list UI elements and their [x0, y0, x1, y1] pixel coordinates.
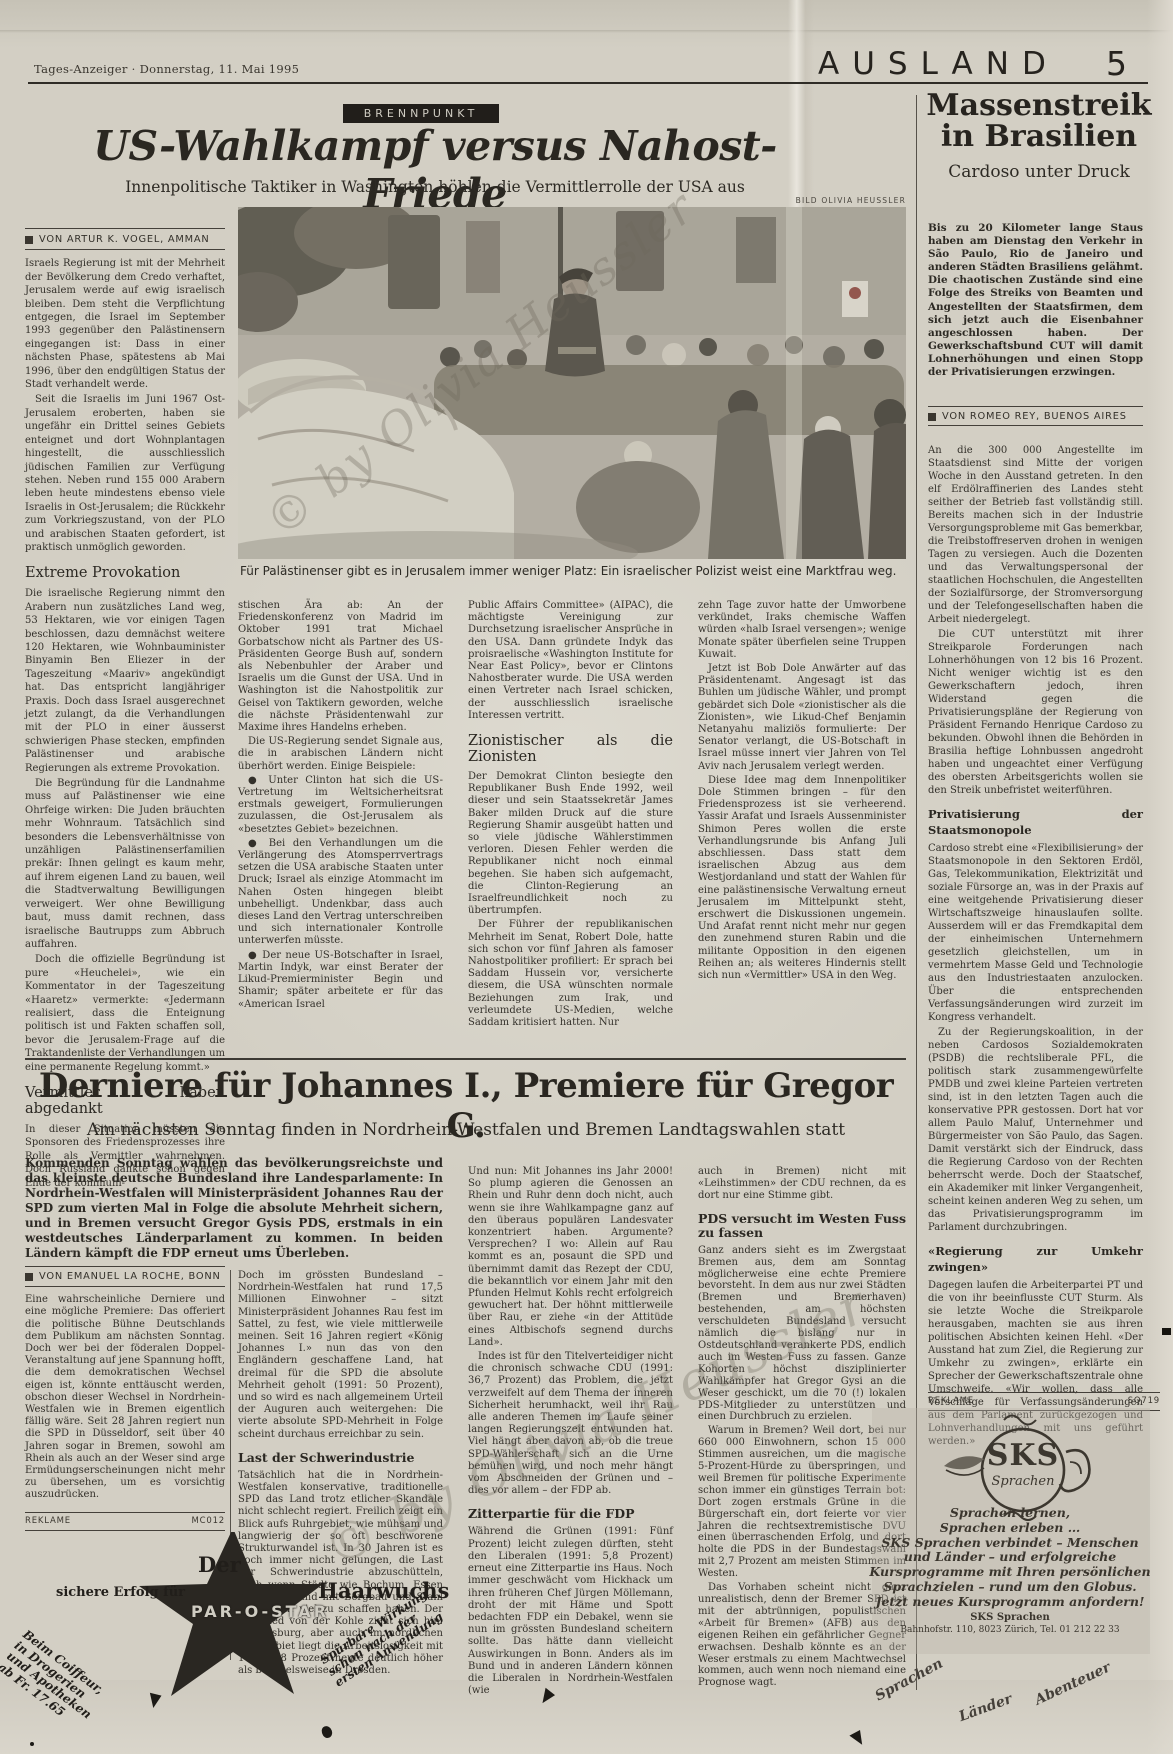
- print-mark: [30, 1742, 34, 1746]
- byline-text: VON EMANUEL LA ROCHE, BONN: [39, 1271, 221, 1283]
- paragraph: Während die Grünen (1991: Fünf Prozent) …: [468, 1526, 673, 1697]
- paragraph: Die Begründung für die Landnahme muss au…: [25, 777, 225, 951]
- lead-article-column-2: stischen Ära ab: An der Friedenskonferen…: [238, 600, 443, 1013]
- brazil-headline-line2: in Brasilien: [941, 119, 1137, 154]
- paragraph: Kursprogramme mit Ihren persönlichen: [860, 1565, 1160, 1580]
- paragraph: Public Affairs Committee» (AIPAC), die m…: [468, 600, 673, 722]
- ad-code: MC012: [192, 1516, 226, 1526]
- section-heading: Privatisierung der Staatsmonopole: [928, 806, 1143, 838]
- column-text: Public Affairs Committee» (AIPAC), die m…: [468, 600, 673, 1029]
- ad-code: SQ719: [1128, 1396, 1160, 1406]
- derniere-intro: Kommenden Sonntag wählen das bevölkerung…: [25, 1156, 443, 1261]
- brazil-article-body: An die 300 000 Angestellte im Staatsdien…: [928, 444, 1143, 1450]
- paragraph: Doch im grössten Bundesland – Nordrhein-…: [238, 1270, 443, 1441]
- paragraph: Die CUT unterstützt mit ihrer Streikparo…: [928, 628, 1143, 797]
- byline-square-icon: [25, 236, 33, 244]
- ad-word-der: Der: [198, 1552, 241, 1577]
- paragraph: Zu der Regierungskoalition, in der neben…: [928, 1026, 1143, 1234]
- print-mark: [146, 1693, 161, 1709]
- section-heading: PDS versucht im Westen Fuss zu fassen: [698, 1212, 906, 1240]
- paragraph: Cardoso strebt eine «Flexibilisierung» d…: [928, 842, 1143, 1024]
- paper-edge-highlight: [1147, 0, 1173, 1754]
- sks-address-details: Bahnhofstr. 110, 8023 Zürich, Tel. 01 21…: [860, 1625, 1160, 1635]
- newspaper-page: Tages-Anzeiger · Donnerstag, 11. Mai 199…: [0, 0, 1173, 1754]
- column-text: Eine wahrscheinliche Derniere und eine m…: [25, 1294, 225, 1501]
- sks-diagonal-word: Abenteuer: [1032, 1660, 1113, 1709]
- paragraph: Die US-Regierung sendet Signale aus, die…: [238, 736, 443, 773]
- section-heading: Zitterpartie für die FDP: [468, 1507, 673, 1521]
- byline-square-icon: [928, 413, 936, 421]
- section-heading: Last der Schwerindustrie: [238, 1451, 443, 1465]
- paragraph: stischen Ära ab: An der Friedenskonferen…: [238, 600, 443, 734]
- byline: VON ROMEO REY, BUENOS AIRES: [928, 406, 1143, 426]
- ad-brand-par-o-star: PAR-O-STAR: [140, 1602, 380, 1621]
- paragraph: Sprachen erleben …: [860, 1521, 1160, 1536]
- reklame-label: REKLAME: [25, 1516, 71, 1526]
- sks-diagonal-word: Länder: [957, 1691, 1014, 1725]
- paragraph: Diese Idee mag dem Innenpolitiker Dole S…: [698, 775, 906, 982]
- brazil-headline-line1: Massenstreik: [926, 88, 1151, 123]
- print-mark: [320, 1725, 333, 1740]
- photo-caption: Für Palästinenser gibt es in Jerusalem i…: [240, 564, 908, 578]
- kicker-brennpunkt: BRENNPUNKT: [343, 104, 499, 123]
- paragraph: Die israelische Regierung nimmt den Arab…: [25, 587, 225, 775]
- paragraph: Israels Regierung ist mit der Mehrheit d…: [25, 257, 225, 391]
- sks-address-name: SKS Sprachen: [860, 1612, 1160, 1623]
- paragraph: auch in Bremen) nicht mit «Leihstimmen» …: [698, 1166, 906, 1202]
- byline-text: VON ROMEO REY, BUENOS AIRES: [942, 411, 1127, 422]
- ad-rule: [928, 1392, 1160, 1393]
- paragraph: Der Führer der republikanischen Mehrheit…: [468, 919, 673, 1029]
- sks-logo-sub: Sprachen: [938, 1474, 1108, 1489]
- ad-rule: [25, 1530, 225, 1531]
- paragraph: Jetzt neues Kursprogramm anfordern!: [860, 1595, 1160, 1610]
- section-heading: «Regierung zur Umkehr zwingen»: [928, 1243, 1143, 1275]
- paragraph: Und nun: Mit Johannes ins Jahr 2000! So …: [468, 1166, 673, 1349]
- masthead-rule: [28, 82, 1148, 84]
- lead-article-column-4: zehn Tage zuvor hatte der Umworbene verk…: [698, 600, 906, 984]
- paragraph: Sprachzielen – rund um den Globus.: [860, 1580, 1160, 1595]
- paper-fold-line: [0, 30, 1173, 33]
- paragraph: Doch die offizielle Begründung ist pure …: [25, 953, 225, 1074]
- lead-article-column-3: Public Affairs Committee» (AIPAC), die m…: [468, 600, 673, 1031]
- reklame-label: REKLAME: [928, 1396, 974, 1406]
- byline-square-icon: [25, 1273, 33, 1281]
- byline-text: VON ARTUR K. VOGEL, AMMAN: [39, 233, 210, 246]
- section-title: AUSLAND: [818, 46, 1059, 82]
- column-text: Israels Regierung ist mit der Mehrheit d…: [25, 257, 225, 1190]
- byline: VON EMANUEL LA ROCHE, BONN: [25, 1266, 225, 1287]
- paragraph: ● Unter Clinton hat sich die US-Vertretu…: [238, 775, 443, 836]
- ad-label-row: REKLAME MC012: [25, 1516, 225, 1526]
- print-mark: [849, 1730, 866, 1748]
- paragraph: Eine wahrscheinliche Derniere und eine m…: [25, 1294, 225, 1501]
- column-text: An die 300 000 Angestellte im Staatsdien…: [928, 444, 1143, 1448]
- section-heading: Extreme Provokation: [25, 565, 225, 581]
- paragraph: Der Demokrat Clinton besiegte den Republ…: [468, 771, 673, 917]
- lead-article-column-1: VON ARTUR K. VOGEL, AMMAN Israels Regier…: [25, 228, 225, 1192]
- brazil-headline: Massenstreik in Brasilien: [916, 90, 1162, 152]
- ad-diagonal-text-left: Beim Coiffeur,in Drogerienund Apothekena…: [0, 1628, 110, 1733]
- column-text: stischen Ära ab: An der Friedenskonferen…: [238, 600, 443, 1011]
- derniere-column-1: VON EMANUEL LA ROCHE, BONN Eine wahrsche…: [25, 1266, 225, 1504]
- paragraph: und Länder – und erfolgreiche: [860, 1550, 1160, 1565]
- paragraph: An die 300 000 Angestellte im Staatsdien…: [928, 444, 1143, 626]
- lead-subheadline: Innenpolitische Taktiker in Washington h…: [55, 178, 815, 196]
- print-mark: [1162, 1328, 1171, 1335]
- paper-fold-shading: [0, 0, 1173, 48]
- masthead-dateline: Tages-Anzeiger · Donnerstag, 11. Mai 199…: [34, 62, 299, 76]
- paragraph: ● Bei den Verhandlungen um die Verlänger…: [238, 838, 443, 948]
- byline: VON ARTUR K. VOGEL, AMMAN: [25, 228, 225, 250]
- paragraph: Jetzt ist Bob Dole Anwärter auf das Präs…: [698, 663, 906, 773]
- ad-text-lines: Beim Coiffeur,in Drogerienund Apothekena…: [0, 1628, 110, 1733]
- section-heading: Zionistischer als die Zionisten: [468, 733, 673, 765]
- paragraph: zehn Tage zuvor hatte der Umworbene verk…: [698, 600, 906, 661]
- column-text: zehn Tage zuvor hatte der Umworbene verk…: [698, 600, 906, 982]
- ad-label-row: REKLAME SQ719: [928, 1396, 1160, 1406]
- paragraph: Sprachen lernen,: [860, 1506, 1160, 1521]
- paragraph: SKS Sprachen verbindet – Menschen: [860, 1536, 1160, 1551]
- paragraph: Seit die Israelis im Juni 1967 Ost-Jerus…: [25, 393, 225, 554]
- ad-rule: [25, 1512, 225, 1513]
- derniere-subheadline: Am nächsten Sonntag finden in Nordrhein-…: [25, 1120, 907, 1140]
- sks-logo-main: SKS: [938, 1438, 1108, 1473]
- ad-text-lines: Sprachen lernen,Sprachen erleben …SKS Sp…: [860, 1506, 1160, 1610]
- page-number: 5: [1106, 44, 1127, 83]
- article-divider-rule: [25, 1058, 906, 1060]
- photo-credit: BILD OLIVIA HEUSSLER: [238, 196, 906, 205]
- brazil-lead-paragraph: Bis zu 20 Kilometer lange Staus haben am…: [928, 222, 1143, 379]
- sks-ad-copy: Sprachen lernen,Sprachen erleben …SKS Sp…: [860, 1506, 1160, 1610]
- brazil-subheadline: Cardoso unter Druck: [916, 162, 1162, 182]
- paragraph: ● Der neue US-Botschafter in Israel, Mar…: [238, 950, 443, 1011]
- ad-word-sichere-erfolg: sichere Erfolg für: [56, 1585, 185, 1600]
